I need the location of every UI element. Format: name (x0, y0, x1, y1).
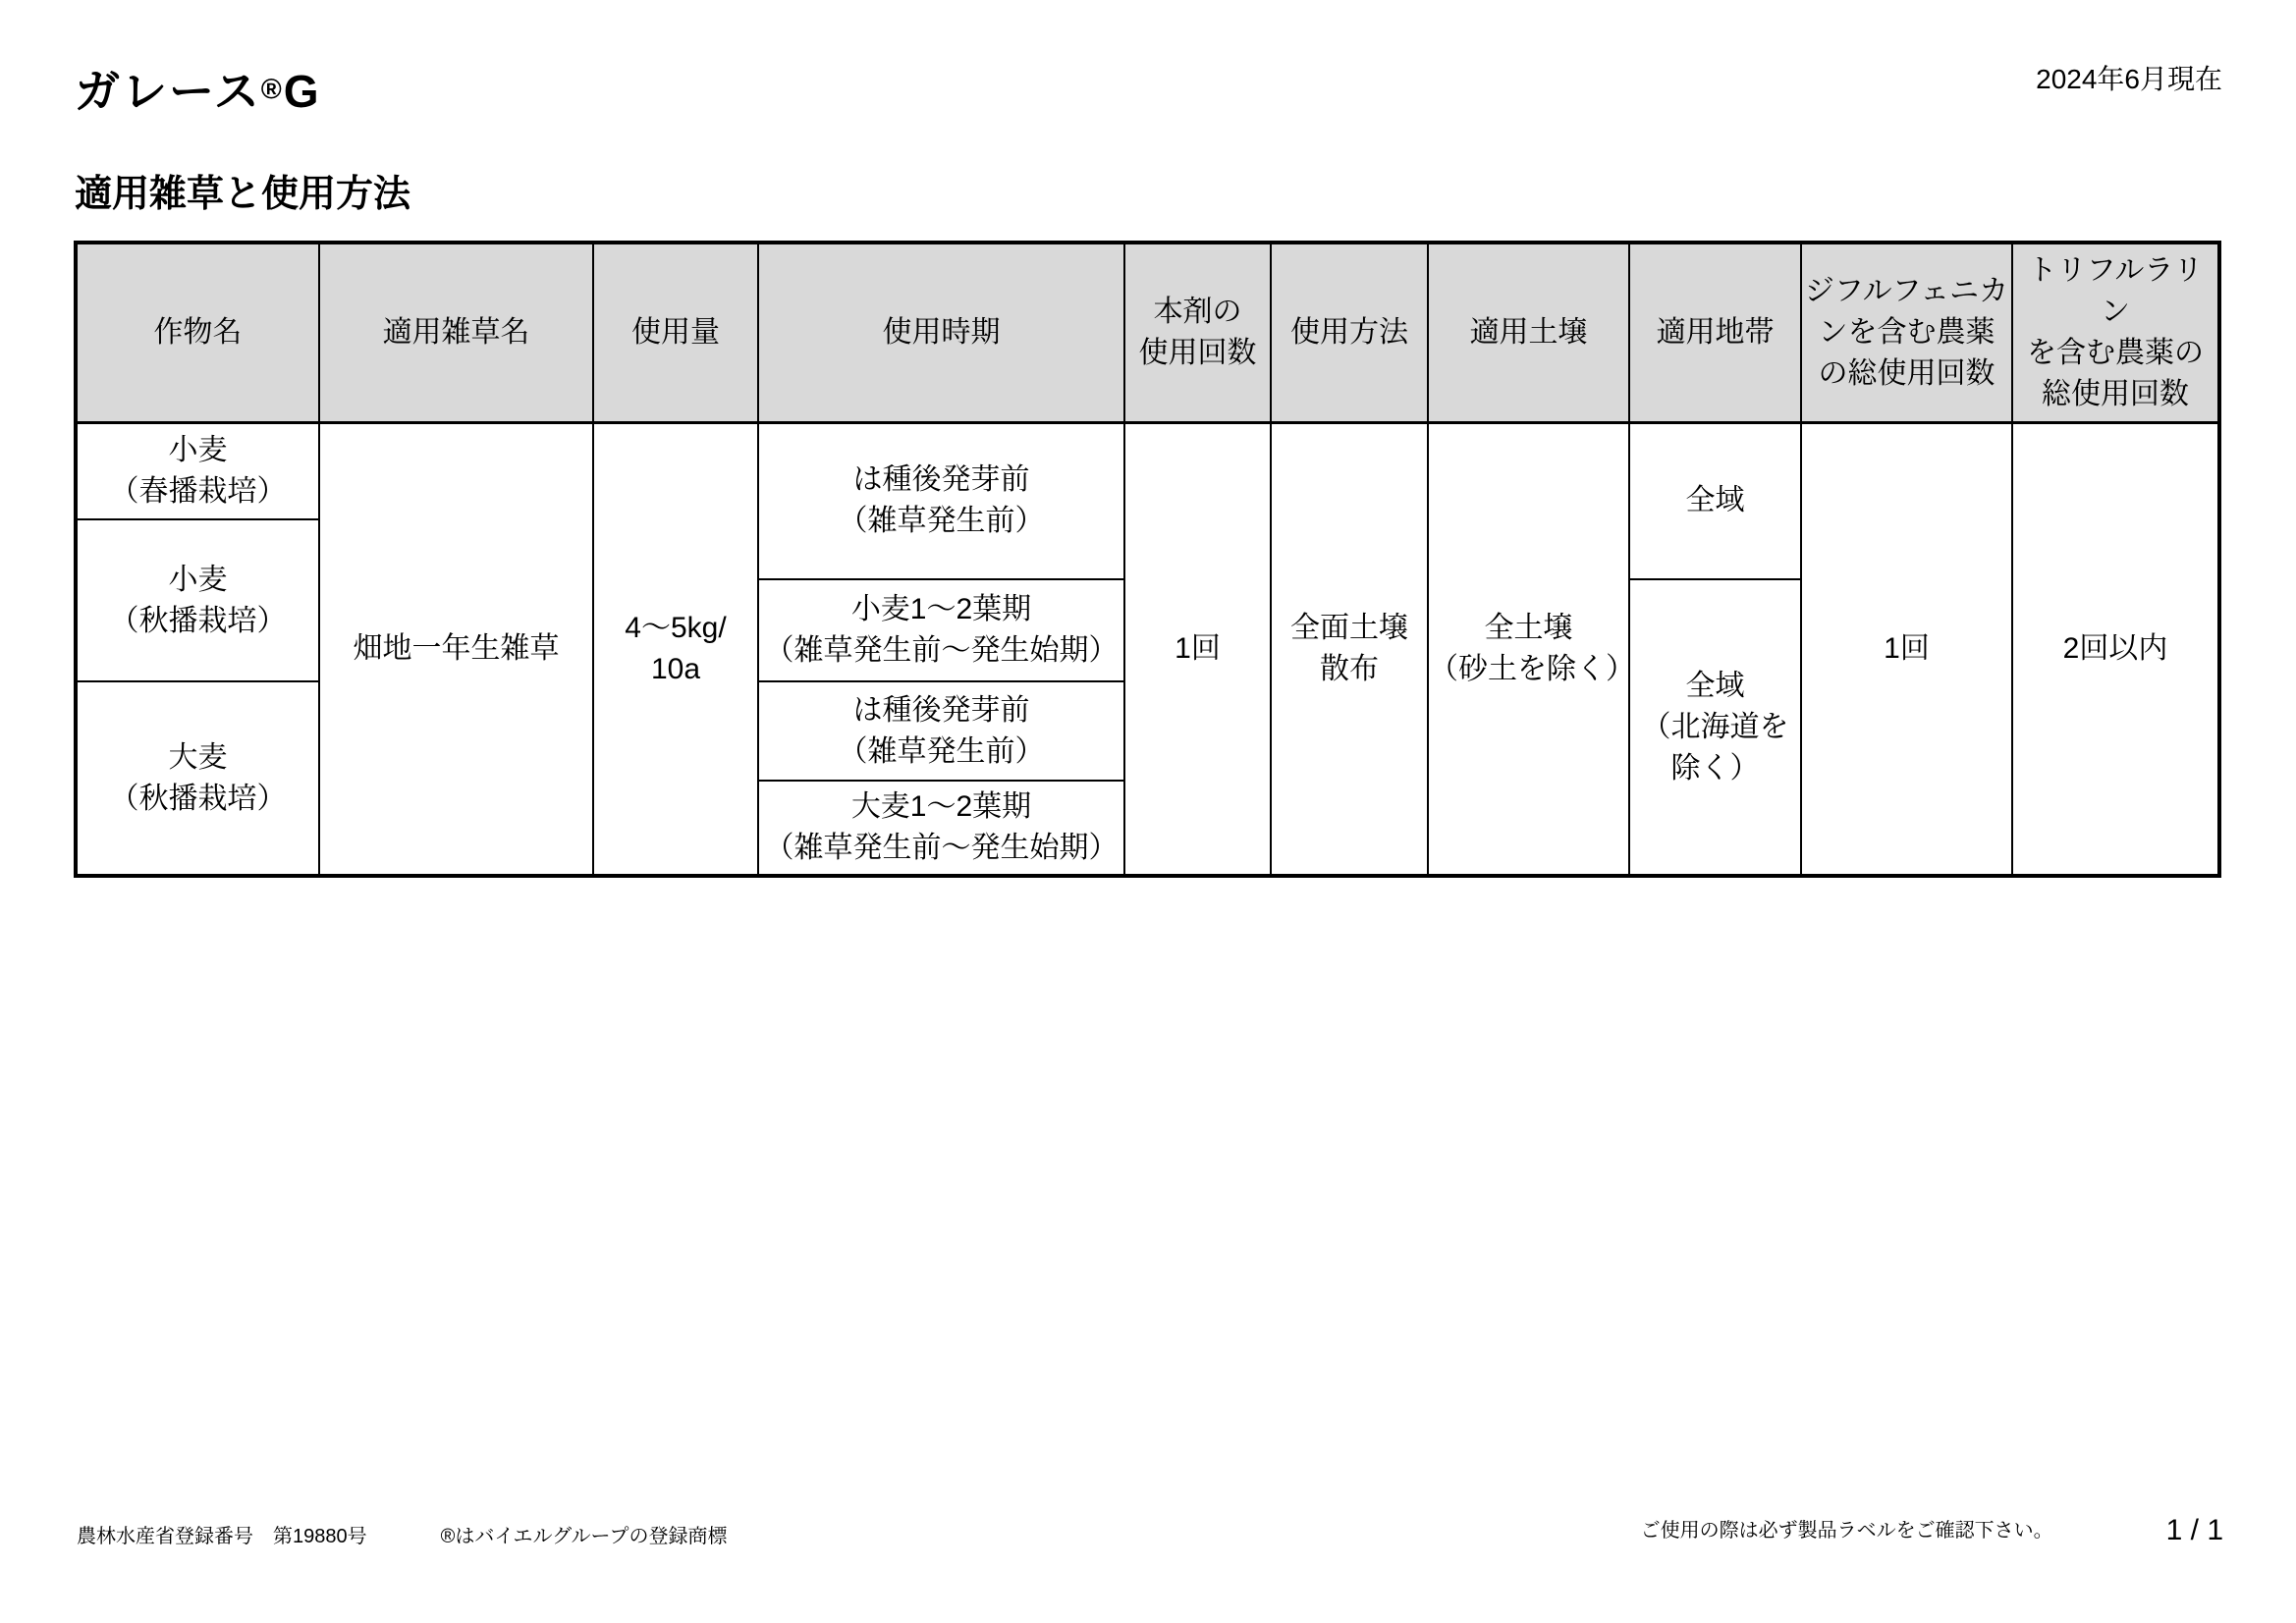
header-diflufenican-total: ジフルフェニカ ンを含む農薬 の総使用回数 (1801, 243, 2012, 422)
cell-zone-all: 全域 (1629, 422, 1801, 579)
cell-diflufenican-total: 1回 (1801, 422, 2012, 876)
product-title-text: ガレース (75, 66, 261, 117)
usage-table: 作物名 適用雑草名 使用量 使用時期 本剤の 使用回数 使用方法 適用土壌 適用… (74, 241, 2221, 878)
page-number: 1 / 1 (2166, 1513, 2223, 1548)
section-heading: 適用雑草と使用方法 (75, 173, 410, 218)
label-confirmation-note: ご使用の際は必ず製品ラベルをご確認下さい。 (1641, 1519, 2053, 1542)
cell-method: 全面土壌 散布 (1271, 422, 1428, 876)
header-trifluralin-total: トリフルラリン を含む農薬の 総使用回数 (2012, 243, 2219, 422)
cell-timing-barley-leaf: 大麦1～2葉期 （雑草発生前～発生始期） (758, 781, 1124, 876)
cell-trifluralin-total: 2回以内 (2012, 422, 2219, 876)
registered-trademark-symbol: ® (261, 74, 284, 105)
cell-weed-name: 畑地一年生雑草 (319, 422, 593, 876)
table-header-row: 作物名 適用雑草名 使用量 使用時期 本剤の 使用回数 使用方法 適用土壌 適用… (76, 243, 2219, 422)
cell-dosage: 4～5kg/ 10a (593, 422, 758, 876)
page: ガレース®G 2024年6月現在 適用雑草と使用方法 作物名 適用雑草名 使用量… (0, 0, 2296, 1623)
cell-soil: 全土壌 （砂土を除く） (1428, 422, 1629, 876)
trademark-note: ®はバイエルグループの登録商標 (441, 1525, 728, 1548)
cell-crop-wheat-autumn: 小麦 （秋播栽培） (76, 519, 319, 681)
header-weed-name: 適用雑草名 (319, 243, 593, 422)
registration-number: 農林水産省登録番号 第19880号 (77, 1525, 367, 1548)
header-dosage: 使用量 (593, 243, 758, 422)
header-method: 使用方法 (1271, 243, 1428, 422)
header-product-use-count: 本剤の 使用回数 (1124, 243, 1271, 422)
footer-right: ご使用の際は必ず製品ラベルをご確認下さい。 1 / 1 (1641, 1513, 2223, 1548)
cell-timing-preemergence-1: は種後発芽前 （雑草発生前） (758, 422, 1124, 579)
product-title: ガレース®G (75, 67, 321, 117)
header-soil: 適用土壌 (1428, 243, 1629, 422)
cell-crop-barley-autumn: 大麦 （秋播栽培） (76, 681, 319, 876)
cell-timing-preemergence-2: は種後発芽前 （雑草発生前） (758, 681, 1124, 781)
date-note: 2024年6月現在 (2036, 63, 2222, 96)
header-crop-name: 作物名 (76, 243, 319, 422)
footer-left: 農林水産省登録番号 第19880号 ®はバイエルグループの登録商標 (77, 1525, 728, 1548)
table-row: 小麦 （春播栽培） 畑地一年生雑草 4～5kg/ 10a は種後発芽前 （雑草発… (76, 422, 2219, 519)
header-zone: 適用地帯 (1629, 243, 1801, 422)
cell-zone-except-hokkaido: 全域 （北海道を 除く） (1629, 579, 1801, 876)
cell-product-use-count: 1回 (1124, 422, 1271, 876)
product-title-suffix: G (284, 66, 321, 117)
cell-crop-wheat-spring: 小麦 （春播栽培） (76, 422, 319, 519)
cell-timing-wheat-leaf: 小麦1～2葉期 （雑草発生前～発生始期） (758, 579, 1124, 681)
header-timing: 使用時期 (758, 243, 1124, 422)
